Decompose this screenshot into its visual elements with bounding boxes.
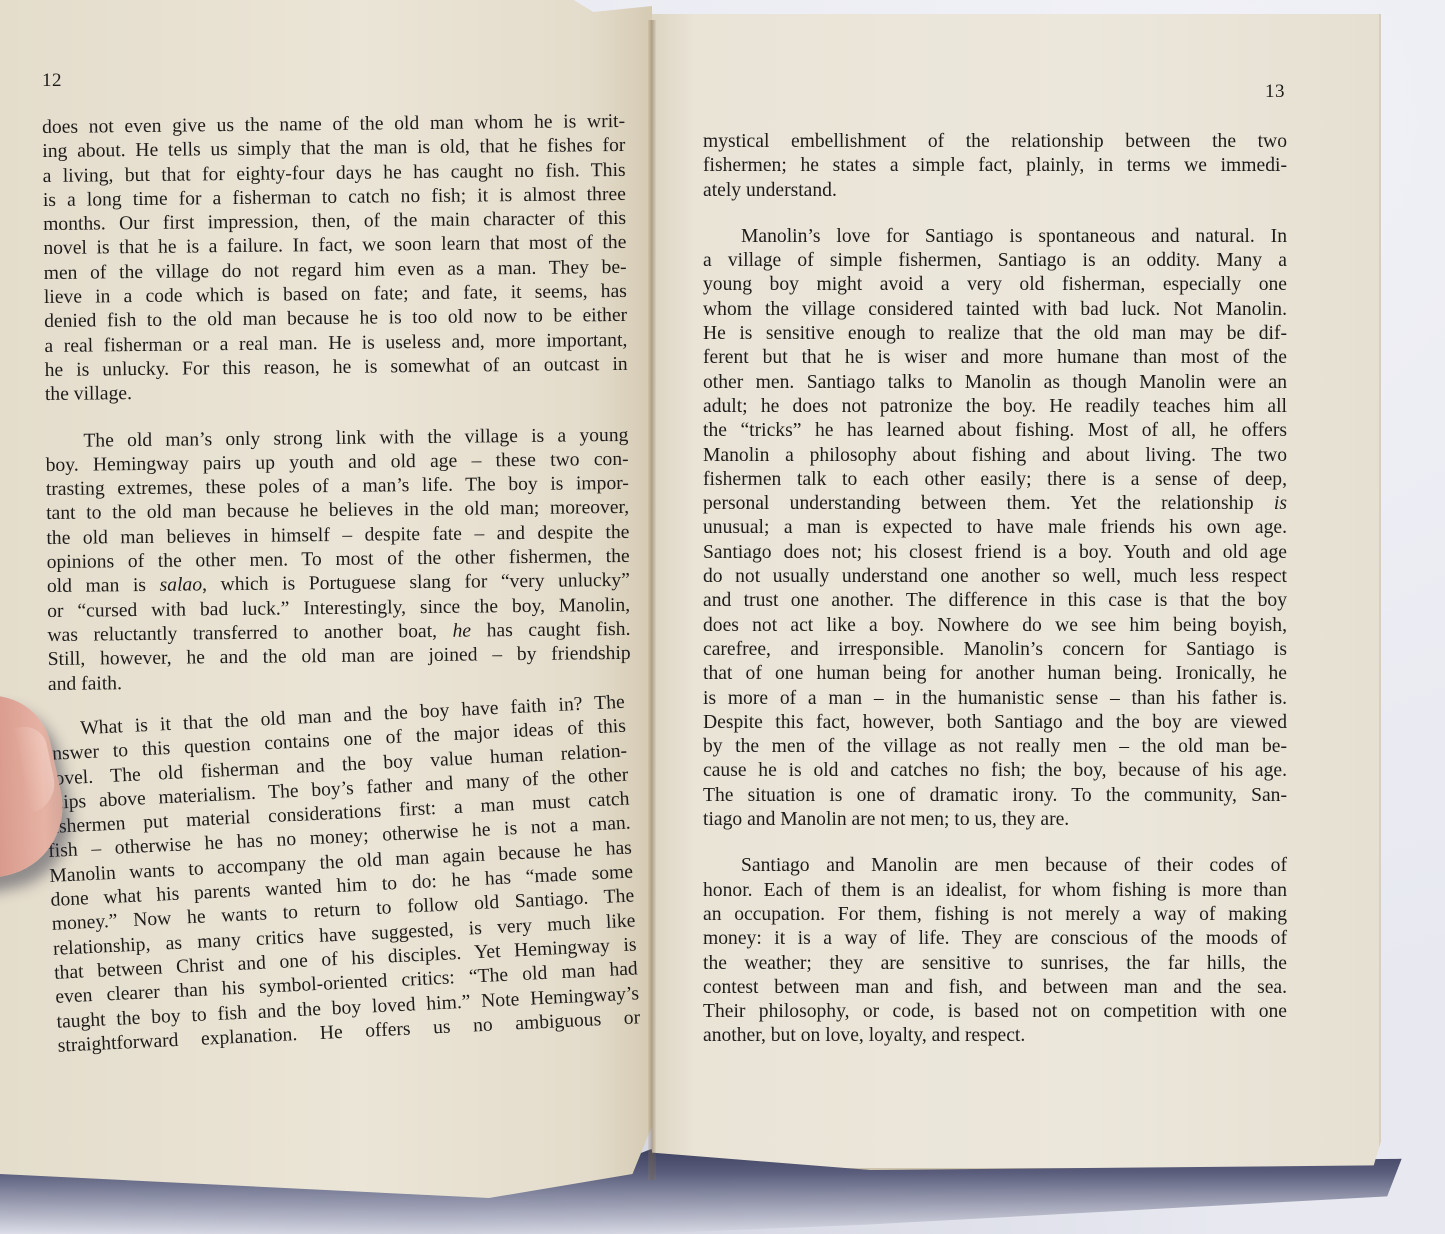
text-line: a village of simple fishermen, Santiago …: [703, 249, 1287, 273]
text-line: another, but on love, loyalty, and respe…: [703, 1024, 1287, 1048]
book-gutter: [648, 20, 656, 1180]
paragraph: Manolin’s love for Santiago is spontaneo…: [703, 225, 1287, 832]
left-page-number: 12: [42, 70, 62, 92]
text-line: fishermen talk to each other easily; the…: [703, 468, 1287, 492]
italic-emphasis: salao: [160, 575, 203, 596]
text-line: Their philosophy, or code, is based not …: [703, 1000, 1287, 1024]
text-line: fishermen; he states a simple fact, plai…: [703, 154, 1287, 178]
italic-emphasis: he: [452, 620, 471, 641]
text-line: an occupation. For them, fishing is not …: [703, 903, 1287, 927]
text-line: ately understand.: [703, 179, 1287, 203]
text-line: personal understanding between them. Yet…: [703, 492, 1287, 516]
text-line: the “tricks” he has learned about fishin…: [703, 419, 1287, 443]
paragraph: does not even give us the name of the ol…: [42, 110, 628, 408]
text-line: He is sensitive enough to realize that t…: [703, 322, 1287, 346]
text-line: that of one human being for another huma…: [703, 662, 1287, 686]
text-line: the weather; they are sensitive to sunri…: [703, 952, 1287, 976]
text-line: young boy might avoid a very old fisherm…: [703, 273, 1287, 297]
right-page-number: 13: [1265, 81, 1285, 103]
paragraph: Santiago and Manolin are men because of …: [703, 854, 1287, 1048]
text-line: is more of a man – in the humanistic sen…: [703, 687, 1287, 711]
text-line: other men. Santiago talks to Manolin as …: [703, 371, 1287, 395]
text-line: Despite this fact, however, both Santiag…: [703, 711, 1287, 735]
paragraph: What is it that the old man and the boy …: [42, 691, 641, 1059]
italic-emphasis: is: [1274, 493, 1287, 514]
text-line: Manolin’s love for Santiago is spontaneo…: [703, 225, 1287, 249]
text-line: ferent but that he is wiser and more hum…: [703, 346, 1287, 370]
text-line: by the men of the village as not really …: [703, 735, 1287, 759]
paragraph: mystical embellishment of the relationsh…: [703, 130, 1287, 203]
text-line: whom the village considered tainted with…: [703, 298, 1287, 322]
paragraph: The old man’s only strong link with the …: [45, 423, 631, 696]
text-line: unusual; a man is expected to have male …: [703, 516, 1287, 540]
text-line: does not act like a boy. Nowhere do we s…: [703, 614, 1287, 638]
text-line: Santiago and Manolin are men because of …: [703, 854, 1287, 878]
text-line: tiago and Manolin are not men; to us, th…: [703, 808, 1287, 832]
text-line: Santiago does not; his closest friend is…: [703, 541, 1287, 565]
left-page-text: does not even give us the name of the ol…: [42, 110, 635, 1081]
right-page-text: mystical embellishment of the relationsh…: [703, 130, 1287, 1071]
text-line: contest between man and fish, and betwee…: [703, 976, 1287, 1000]
text-line: The situation is one of dramatic irony. …: [703, 784, 1287, 808]
text-line: and trust one another. The difference in…: [703, 589, 1287, 613]
text-line: do not usually understand one another so…: [703, 565, 1287, 589]
text-line: Manolin a philosophy about fishing and a…: [703, 444, 1287, 468]
text-line: carefree, and irresponsible. Manolin’s c…: [703, 638, 1287, 662]
text-line: adult; he does not patronize the boy. He…: [703, 395, 1287, 419]
text-line: money: it is a way of life. They are con…: [703, 927, 1287, 951]
text-line: mystical embellishment of the relationsh…: [703, 130, 1287, 154]
text-line: honor. Each of them is an idealist, for …: [703, 879, 1287, 903]
text-line: cause he is old and catches no fish; the…: [703, 759, 1287, 783]
